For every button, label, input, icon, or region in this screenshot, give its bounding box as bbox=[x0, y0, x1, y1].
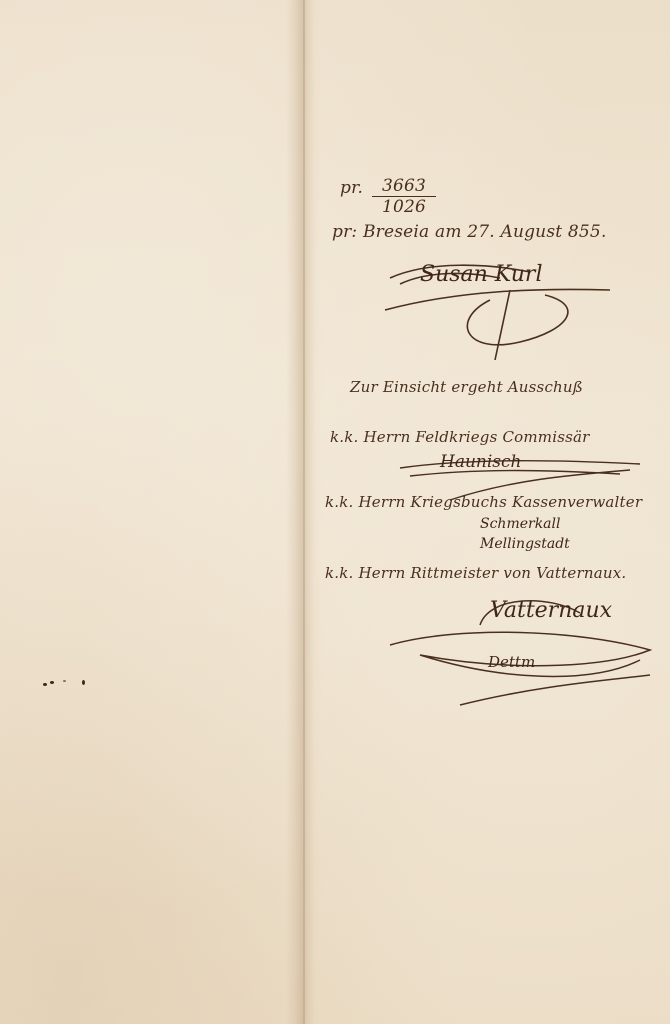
fold-crease bbox=[303, 0, 305, 1024]
reference-denominator: 1026 bbox=[372, 197, 436, 217]
recipient-line-1: k.k. Herrn Feldkriegs Commissär bbox=[330, 428, 590, 446]
signature-3a: Schmerkall bbox=[480, 516, 561, 532]
ink-speck bbox=[50, 681, 54, 684]
recipient-line-2: k.k. Herrn Kriegsbuchs Kassenverwalter bbox=[325, 493, 642, 511]
routing-instruction: Zur Einsicht ergeht Ausschuß bbox=[350, 378, 583, 396]
recipient-line-3: k.k. Herrn Rittmeister von Vatternaux. bbox=[325, 564, 626, 582]
reference-numerator: 3663 bbox=[372, 176, 436, 197]
date-line: pr: Breseia am 27. August 855. bbox=[332, 222, 607, 242]
document-page: pr. 3663 1026 pr: Breseia am 27. August … bbox=[0, 0, 670, 1024]
reference-prefix: pr. bbox=[340, 178, 363, 198]
ink-speck bbox=[43, 683, 47, 686]
signature-4-sub: Dettm bbox=[488, 653, 535, 671]
reference-number: 3663 1026 bbox=[372, 176, 436, 217]
signature-3b: Mellingstadt bbox=[480, 536, 570, 552]
signature-1: Susan Kurl bbox=[420, 262, 542, 287]
ink-speck bbox=[63, 680, 66, 682]
signature-4: Vatternaux bbox=[490, 598, 612, 623]
ink-speck bbox=[82, 680, 85, 685]
signature-2: Haunisch bbox=[440, 452, 522, 472]
